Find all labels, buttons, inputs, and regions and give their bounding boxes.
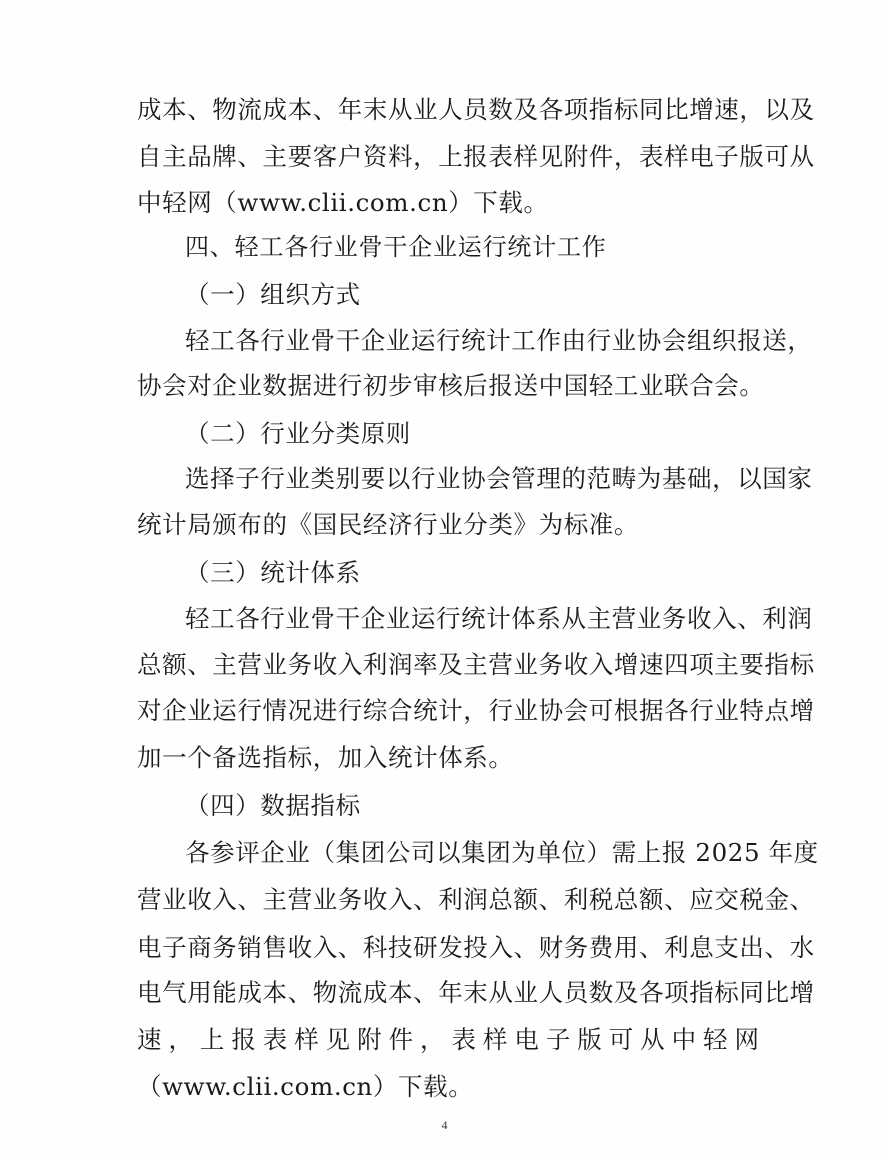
paragraph-line: 速，上报表样见附件，表样电子版可从中轻网 [137, 1025, 763, 1055]
paragraph-line: 电子商务销售收入、科技研发投入、财务费用、利息支出、水 [137, 933, 763, 963]
subsection-heading: （三）统计体系 [185, 558, 361, 588]
paragraph-line: 加一个备选指标，加入统计体系。 [137, 743, 514, 773]
paragraph-line: 选择子行业类别要以行业协会管理的范畴为基础，以国家 [185, 464, 763, 494]
paragraph-line-with-link: 中轻网（www.clii.com.cn）下载。 [137, 188, 763, 218]
paragraph-line: 总额、主营业务收入利润率及主营业务收入增速四项主要指标 [137, 650, 763, 680]
paragraph-line: 自主品牌、主要客户资料，上报表样见附件，表样电子版可从 [137, 142, 763, 172]
paragraph-line: 轻工各行业骨干企业运行统计工作由行业协会组织报送， [185, 326, 763, 356]
paragraph-line: 各参评企业（集团公司以集团为单位）需上报 2025 年度 [185, 838, 763, 868]
paragraph-line-with-link: （www.clii.com.cn）下载。 [137, 1072, 473, 1102]
paragraph-line: 营业收入、主营业务收入、利润总额、利税总额、应交税金、 [137, 885, 763, 915]
subsection-heading: （四）数据指标 [185, 791, 361, 821]
subsection-heading: （一）组织方式 [185, 280, 361, 310]
paragraph-line: 成本、物流成本、年末从业人员数及各项指标同比增速，以及 [137, 95, 763, 125]
paragraph-line: 电气用能成本、物流成本、年末从业人员数及各项指标同比增 [137, 978, 763, 1008]
paragraph-line: 对企业运行情况进行综合统计，行业协会可根据各行业特点增 [137, 696, 763, 726]
subsection-heading: （二）行业分类原则 [185, 419, 411, 449]
page-number: 4 [0, 1118, 889, 1133]
section-heading: 四、轻工各行业骨干企业运行统计工作 [185, 232, 607, 262]
paragraph-line: 协会对企业数据进行初步审核后报送中国轻工业联合会。 [137, 371, 763, 401]
paragraph-line: 统计局颁布的《国民经济行业分类》为标准。 [137, 510, 639, 540]
document-page: 成本、物流成本、年末从业人员数及各项指标同比增速，以及 自主品牌、主要客户资料，… [0, 0, 889, 1159]
paragraph-line: 轻工各行业骨干企业运行统计体系从主营业务收入、利润 [185, 604, 763, 634]
